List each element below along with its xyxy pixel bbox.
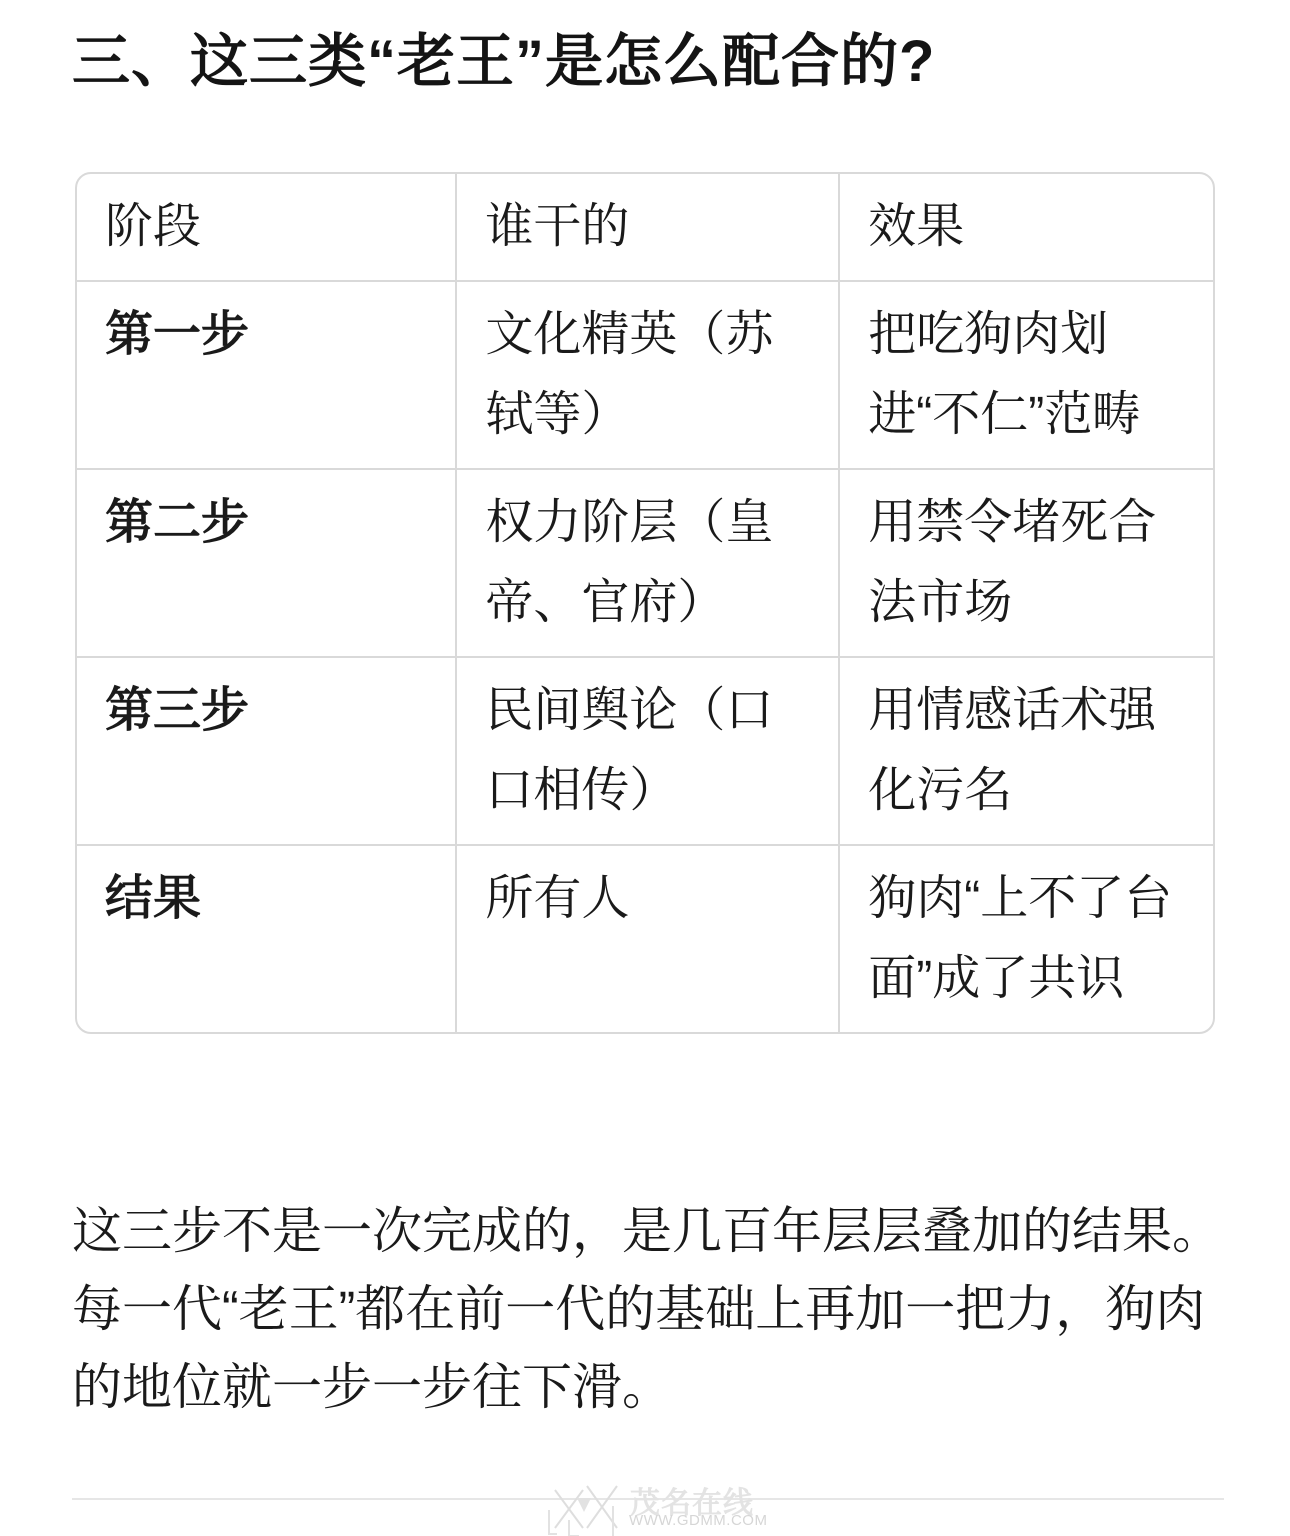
cell-effect: 狗肉“上不了台面”成了共识 — [839, 845, 1213, 1032]
cell-stage: 第二步 — [77, 469, 456, 657]
cell-who: 权力阶层（皇帝、官府） — [456, 469, 839, 657]
cell-stage: 第一步 — [77, 281, 456, 469]
comparison-table: 阶段 谁干的 效果 第一步 文化精英（苏轼等） 把吃狗肉划进“不仁”范畴 第二步… — [75, 172, 1215, 1034]
cell-who: 所有人 — [456, 845, 839, 1032]
cell-who: 文化精英（苏轼等） — [456, 281, 839, 469]
stages-table: 阶段 谁干的 效果 第一步 文化精英（苏轼等） 把吃狗肉划进“不仁”范畴 第二步… — [77, 174, 1213, 1032]
table-row-step2: 第二步 权力阶层（皇帝、官府） 用禁令堵死合法市场 — [77, 469, 1213, 657]
cell-stage: 结果 — [77, 845, 456, 1032]
column-header-stage: 阶段 — [77, 174, 456, 281]
watermark-url: WWW.GDMM.COM — [629, 1512, 767, 1529]
cell-stage: 第三步 — [77, 657, 456, 845]
cell-who: 民间舆论（口口相传） — [456, 657, 839, 845]
cell-effect: 用禁令堵死合法市场 — [839, 469, 1213, 657]
table-header-row: 阶段 谁干的 效果 — [77, 174, 1213, 281]
cell-effect: 用情感话术强化污名 — [839, 657, 1213, 845]
site-watermark: 茂名在线 WWW.GDMM.COM — [545, 1474, 765, 1536]
site-logo-icon — [545, 1476, 625, 1536]
table-row-result: 结果 所有人 狗肉“上不了台面”成了共识 — [77, 845, 1213, 1032]
column-header-effect: 效果 — [839, 174, 1213, 281]
cell-effect: 把吃狗肉划进“不仁”范畴 — [839, 281, 1213, 469]
table-row-step1: 第一步 文化精英（苏轼等） 把吃狗肉划进“不仁”范畴 — [77, 281, 1213, 469]
section-heading: 三、这三类“老王”是怎么配合的? — [72, 24, 1222, 100]
table-row-step3: 第三步 民间舆论（口口相传） 用情感话术强化污名 — [77, 657, 1213, 845]
column-header-who: 谁干的 — [456, 174, 839, 281]
article-page: { "heading": "三、这三类“老王”是怎么配合的?", "table"… — [0, 0, 1290, 1536]
body-paragraph: 这三步不是一次完成的，是几百年层层叠加的结果。每一代“老王”都在前一代的基础上再… — [72, 1192, 1222, 1426]
